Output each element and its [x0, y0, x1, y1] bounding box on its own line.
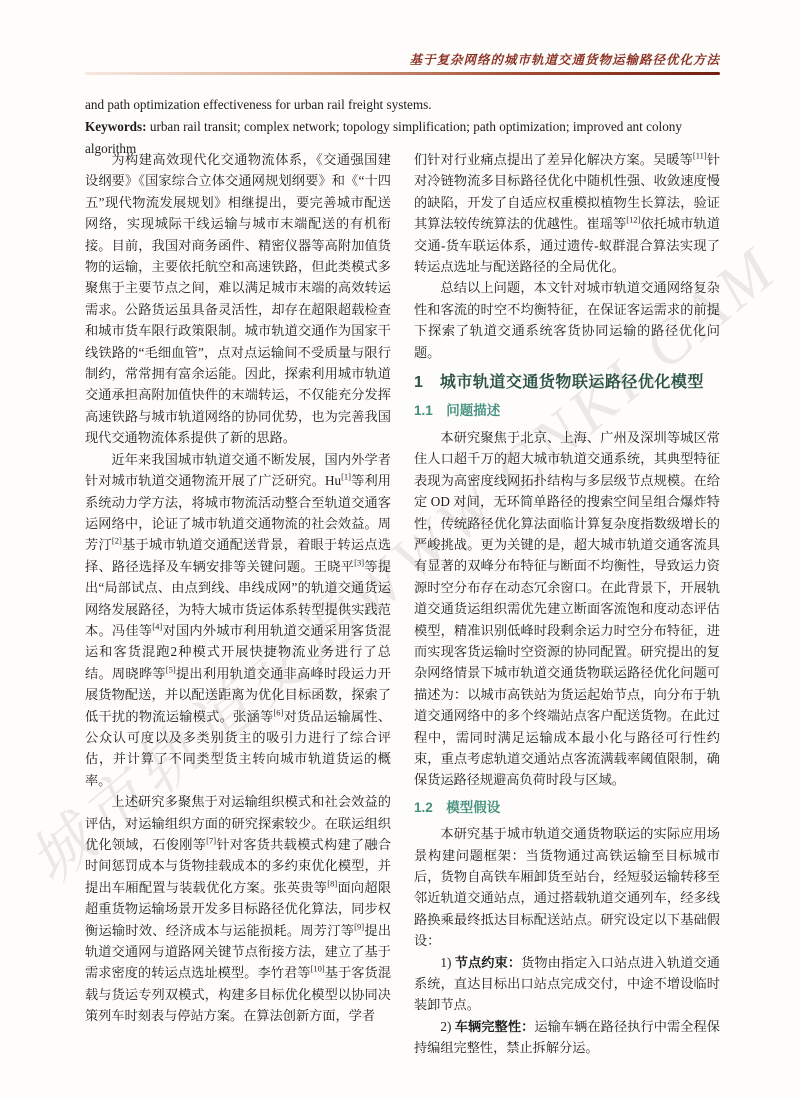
keywords-label: Keywords: [85, 119, 147, 134]
section-1-2-heading: 1.2 模型假设 [414, 797, 720, 818]
assumption-2-number: 2) [440, 1019, 454, 1034]
assumption-1-term: 节点约束： [455, 955, 521, 970]
paragraph-problem-description: 本研究聚焦于北京、上海、广州及深圳等城区常住人口超千万的超大城市轨道交通系统，其… [414, 427, 720, 791]
right-column: 们针对行业痛点提出了差异化解决方案。吴暖等[11]针对冷链物流多目标路径优化中随… [414, 149, 720, 1059]
header-divider-rule [85, 72, 720, 75]
paper-page: 城市轨道交通WWW.CNKI.CAM 基于复杂网络的城市轨道交通货物运输路径优化… [0, 0, 800, 1098]
section-1-heading: 1 城市轨道交通货物联运路径优化模型 [414, 372, 720, 393]
paragraph-literature-2: 上述研究多聚焦于对运输组织模式和社会效益的评估，对运输组织方面的研究探索较少。在… [85, 791, 391, 1026]
paragraph-model-assumptions: 本研究基于城市轨道交通货物联运的实际应用场景构建问题框架：当货物通过高铁运输至目… [414, 823, 720, 951]
paragraph-literature-1: 近年来我国城市轨道交通不断发展，国内外学者针对城市轨道交通物流开展了广泛研究。H… [85, 449, 391, 792]
two-column-body: 为构建高效现代化交通物流体系，《交通强国建设纲要》《国家综合立体交通网规划纲要》… [85, 149, 720, 1059]
left-column: 为构建高效现代化交通物流体系，《交通强国建设纲要》《国家综合立体交通网规划纲要》… [85, 149, 391, 1059]
paragraph-intro: 为构建高效现代化交通物流体系，《交通强国建设纲要》《国家综合立体交通网规划纲要》… [85, 149, 391, 449]
assumption-2-term: 车辆完整性： [455, 1019, 535, 1034]
abstract-tail-line: and path optimization effectiveness for … [85, 94, 720, 116]
assumption-1-number: 1) [440, 955, 454, 970]
paragraph-summary: 总结以上问题，本文针对城市轨道交通网络复杂性和客流的时空不均衡特征，在保证客运需… [414, 277, 720, 363]
paragraph-literature-2-continued: 们针对行业痛点提出了差异化解决方案。吴暖等[11]针对冷链物流多目标路径优化中随… [414, 149, 720, 277]
assumption-2-vehicle-integrity: 2) 车辆完整性：运输车辆在路径执行中需全程保持编组完整性，禁止拆解分运。 [414, 1016, 720, 1059]
running-head-title: 基于复杂网络的城市轨道交通货物运输路径优化方法 [85, 50, 720, 68]
assumption-1-node-constraint: 1) 节点约束：货物由指定入口站点进入轨道交通系统，直达目标出口站点完成交付，中… [414, 952, 720, 1016]
section-1-1-heading: 1.1 问题描述 [414, 400, 720, 421]
